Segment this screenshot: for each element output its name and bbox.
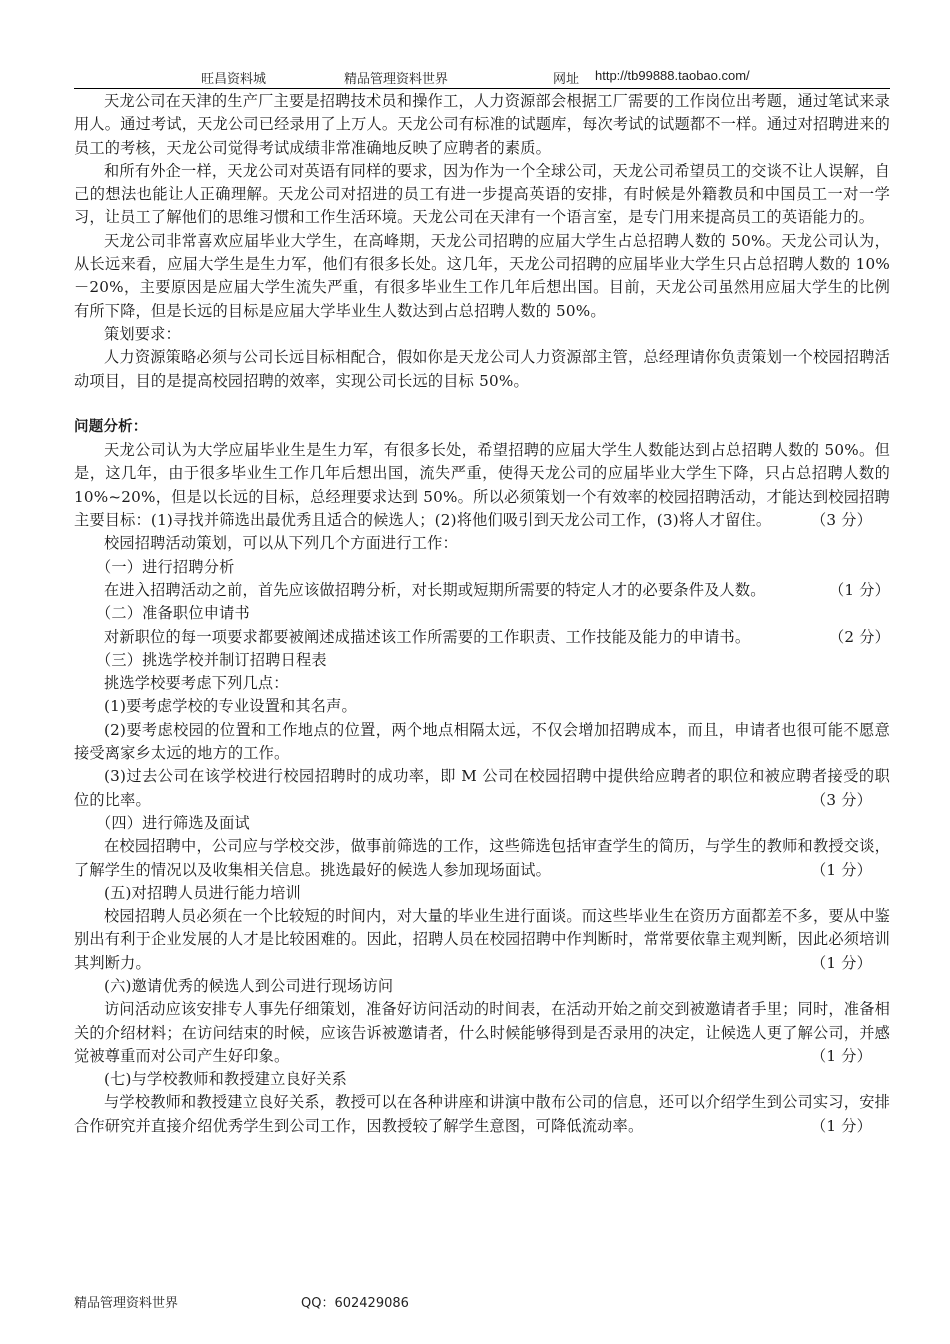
footer-qq: QQ：602429086: [301, 1292, 409, 1311]
paragraph-graduates: 天龙公司非常喜欢应届毕业大学生，在高峰期，天龙公司招聘的应届大学生占总招聘人数的…: [74, 230, 890, 323]
analysis-text: 天龙公司认为大学应届毕业生是生力军，有很多长处，希望招聘的应届大学生人数能达到占…: [74, 441, 890, 529]
paragraph-english-requirement: 和所有外企一样，天龙公司对英语有同样的要求，因为作为一个全球公司，天龙公司希望员…: [74, 160, 890, 230]
section-3-intro: 挑选学校要考虑下列几点：: [74, 672, 890, 695]
section-3-title: （三）挑选学校并制订招聘日程表: [74, 649, 890, 672]
section-3-point-2: (2)要考虑校园的位置和工作地点的位置，两个地点相隔太远，不仅会增加招聘成本，而…: [74, 719, 890, 766]
section-1-text: 在进入招聘活动之前，首先应该做招聘分析，对长期或短期所需要的特定人才的必要条件及…: [104, 579, 766, 602]
section-6-text: 访问活动应该安排专人事先仔细策划，准备好访问活动的时间表，在活动开始之前交到被邀…: [74, 1000, 890, 1065]
section-1-body: 在进入招聘活动之前，首先应该做招聘分析，对长期或短期所需要的特定人才的必要条件及…: [74, 579, 890, 602]
section-3-point-3: (3)过去公司在该学校进行校园招聘时的成功率，即 M 公司在校园招聘中提供给应聘…: [74, 765, 890, 812]
section-2-score: （2 分）: [829, 626, 890, 649]
header-slogan: 精品管理资料世界: [344, 68, 448, 87]
analysis-score: （3 分）: [781, 509, 890, 532]
section-4-title: （四）进行筛选及面试: [74, 812, 890, 835]
section-1-score: （1 分）: [829, 579, 890, 602]
spacer: [74, 393, 890, 416]
page-header: 旺昌资料城 精品管理资料世界 网址 http://tb99888.taobao.…: [74, 66, 890, 89]
section-6-score: （1 分）: [781, 1045, 890, 1068]
section-2-text: 对新职位的每一项要求都要被阐述成描述该工作所需要的工作职责、工作技能及能力的申请…: [104, 626, 750, 649]
section-1-title: （一）进行招聘分析: [74, 556, 890, 579]
section-4-score: （1 分）: [781, 859, 890, 882]
header-url-label: 网址: [553, 68, 579, 87]
header-site-name: 旺昌资料城: [201, 68, 266, 87]
section-2-title: （二）准备职位申请书: [74, 602, 890, 625]
section-3-point-1: (1)要考虑学校的专业设置和其名声。: [74, 695, 890, 718]
section-7-score: （1 分）: [781, 1115, 890, 1138]
section-4-body: 在校园招聘中，公司应与学校交涉，做事前筛选的工作，这些筛选包括审查学生的简历，与…: [74, 835, 890, 882]
section-5-text: 校园招聘人员必须在一个比较短的时间内，对大量的毕业生进行面谈。而这些毕业生在资历…: [74, 907, 890, 972]
paragraph-requirement: 人力资源策略必须与公司长远目标相配合，假如你是天龙公司人力资源部主管，总经理请你…: [74, 346, 890, 393]
section-4-text: 在校园招聘中，公司应与学校交涉，做事前筛选的工作，这些筛选包括审查学生的简历，与…: [74, 837, 890, 878]
section-3-point-3-text: (3)过去公司在该学校进行校园招聘时的成功率，即 M 公司在校园招聘中提供给应聘…: [74, 767, 890, 808]
section-6-body: 访问活动应该安排专人事先仔细策划，准备好访问活动的时间表，在活动开始之前交到被邀…: [74, 998, 890, 1068]
document-body: 天龙公司在天津的生产厂主要是招聘技术员和操作工，人力资源部会根据工厂需要的工作岗…: [74, 90, 890, 1138]
section-7-text: 与学校教师和教授建立良好关系，教授可以在各种讲座和讲演中散布公司的信息，还可以介…: [74, 1093, 890, 1134]
section-5-body: 校园招聘人员必须在一个比较短的时间内，对大量的毕业生进行面谈。而这些毕业生在资历…: [74, 905, 890, 975]
section-6-title: (六)邀请优秀的候选人到公司进行现场访问: [74, 975, 890, 998]
section-3-score: （3 分）: [781, 789, 890, 812]
section-5-title: (五)对招聘人员进行能力培训: [74, 882, 890, 905]
section-7-title: (七)与学校教师和教授建立良好关系: [74, 1068, 890, 1091]
analysis-heading: 问题分析：: [74, 416, 890, 439]
section-2-body: 对新职位的每一项要求都要被阐述成描述该工作所需要的工作职责、工作技能及能力的申请…: [74, 626, 890, 649]
section-7-body: 与学校教师和教授建立良好关系，教授可以在各种讲座和讲演中散布公司的信息，还可以介…: [74, 1091, 890, 1138]
paragraph-analysis: 天龙公司认为大学应届毕业生是生力军，有很多长处，希望招聘的应届大学生人数能达到占…: [74, 439, 890, 532]
plan-intro: 校园招聘活动策划，可以从下列几个方面进行工作：: [74, 532, 890, 555]
footer-slogan: 精品管理资料世界: [74, 1292, 178, 1311]
requirement-label: 策划要求：: [74, 323, 890, 346]
header-url-link[interactable]: http://tb99888.taobao.com/: [595, 68, 750, 83]
section-5-score: （1 分）: [781, 952, 890, 975]
paragraph-hiring-tests: 天龙公司在天津的生产厂主要是招聘技术员和操作工，人力资源部会根据工厂需要的工作岗…: [74, 90, 890, 160]
